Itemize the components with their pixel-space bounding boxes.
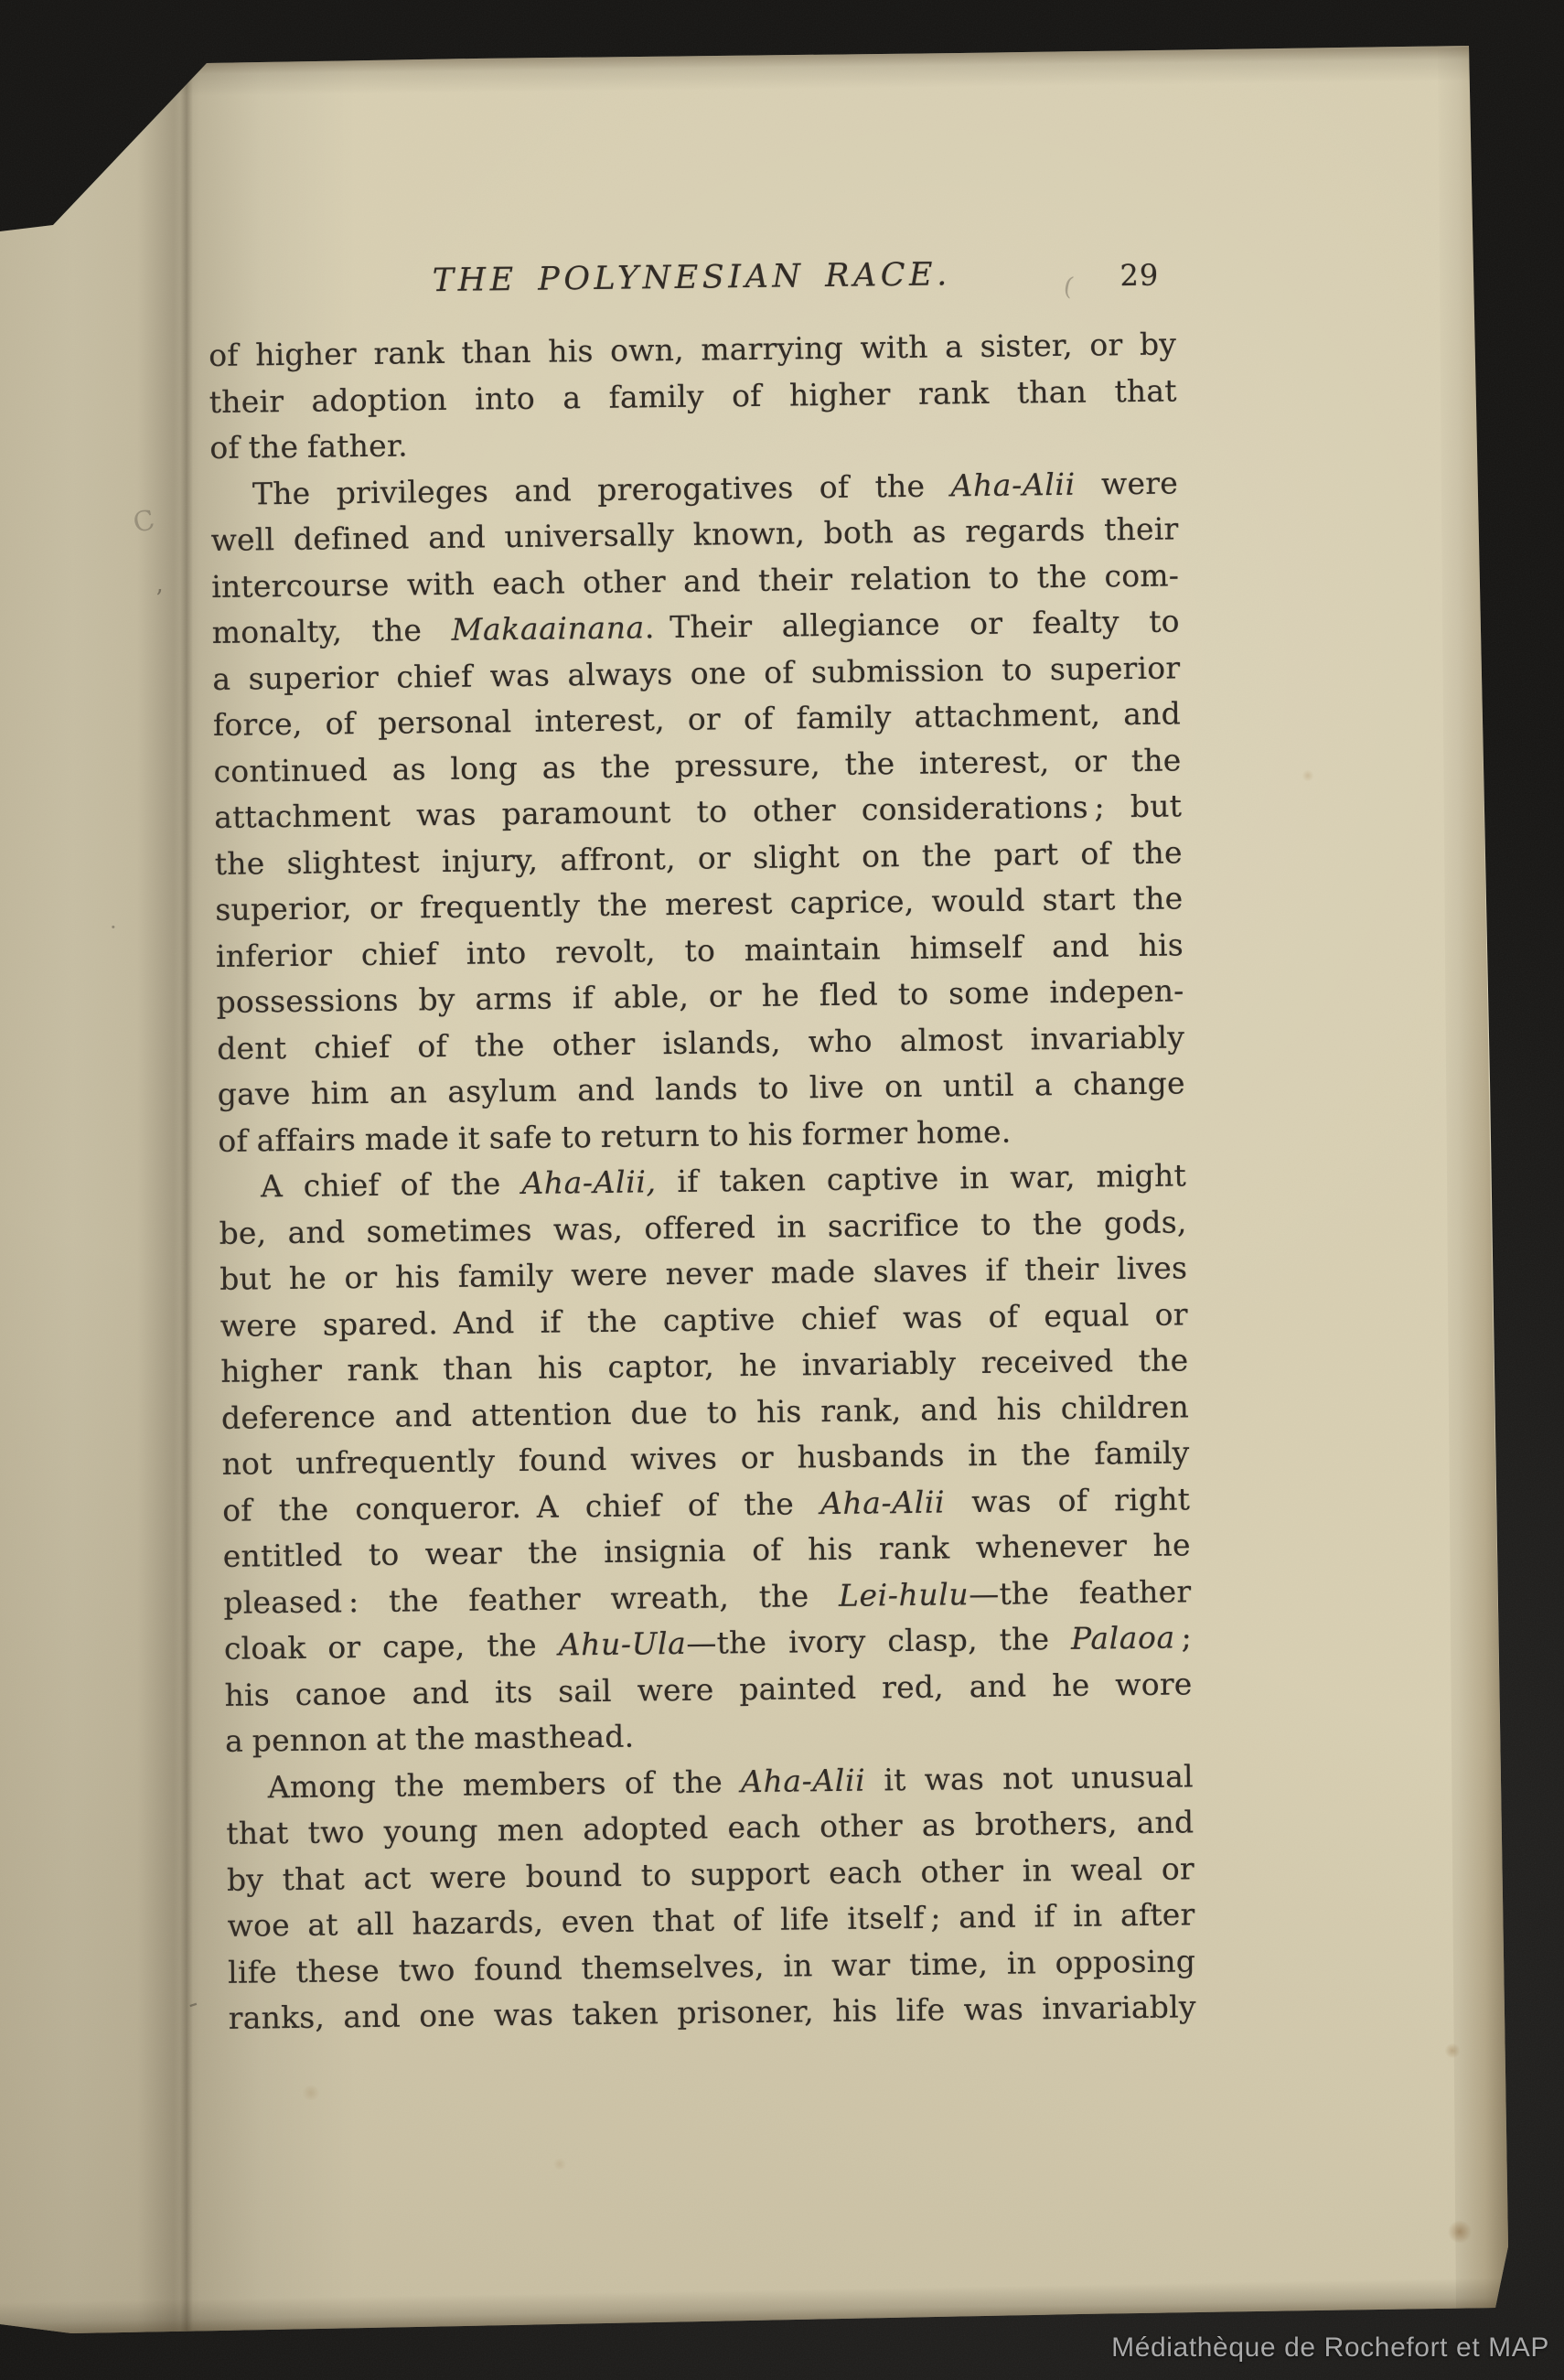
watermark-text: Médiathèque de Rochefort et MAP [1111,2332,1549,2364]
gutter-crease [180,73,193,2332]
book-page: THE POLYNESIAN RACE. 29 of higher rank t… [0,0,1564,2380]
body-text: of higher rank than his own, marrying wi… [209,321,1196,2042]
running-header: THE POLYNESIAN RACE. 29 [208,252,1176,315]
page-number: 29 [1119,258,1159,294]
printed-content: THE POLYNESIAN RACE. 29 of higher rank t… [208,252,1196,2042]
